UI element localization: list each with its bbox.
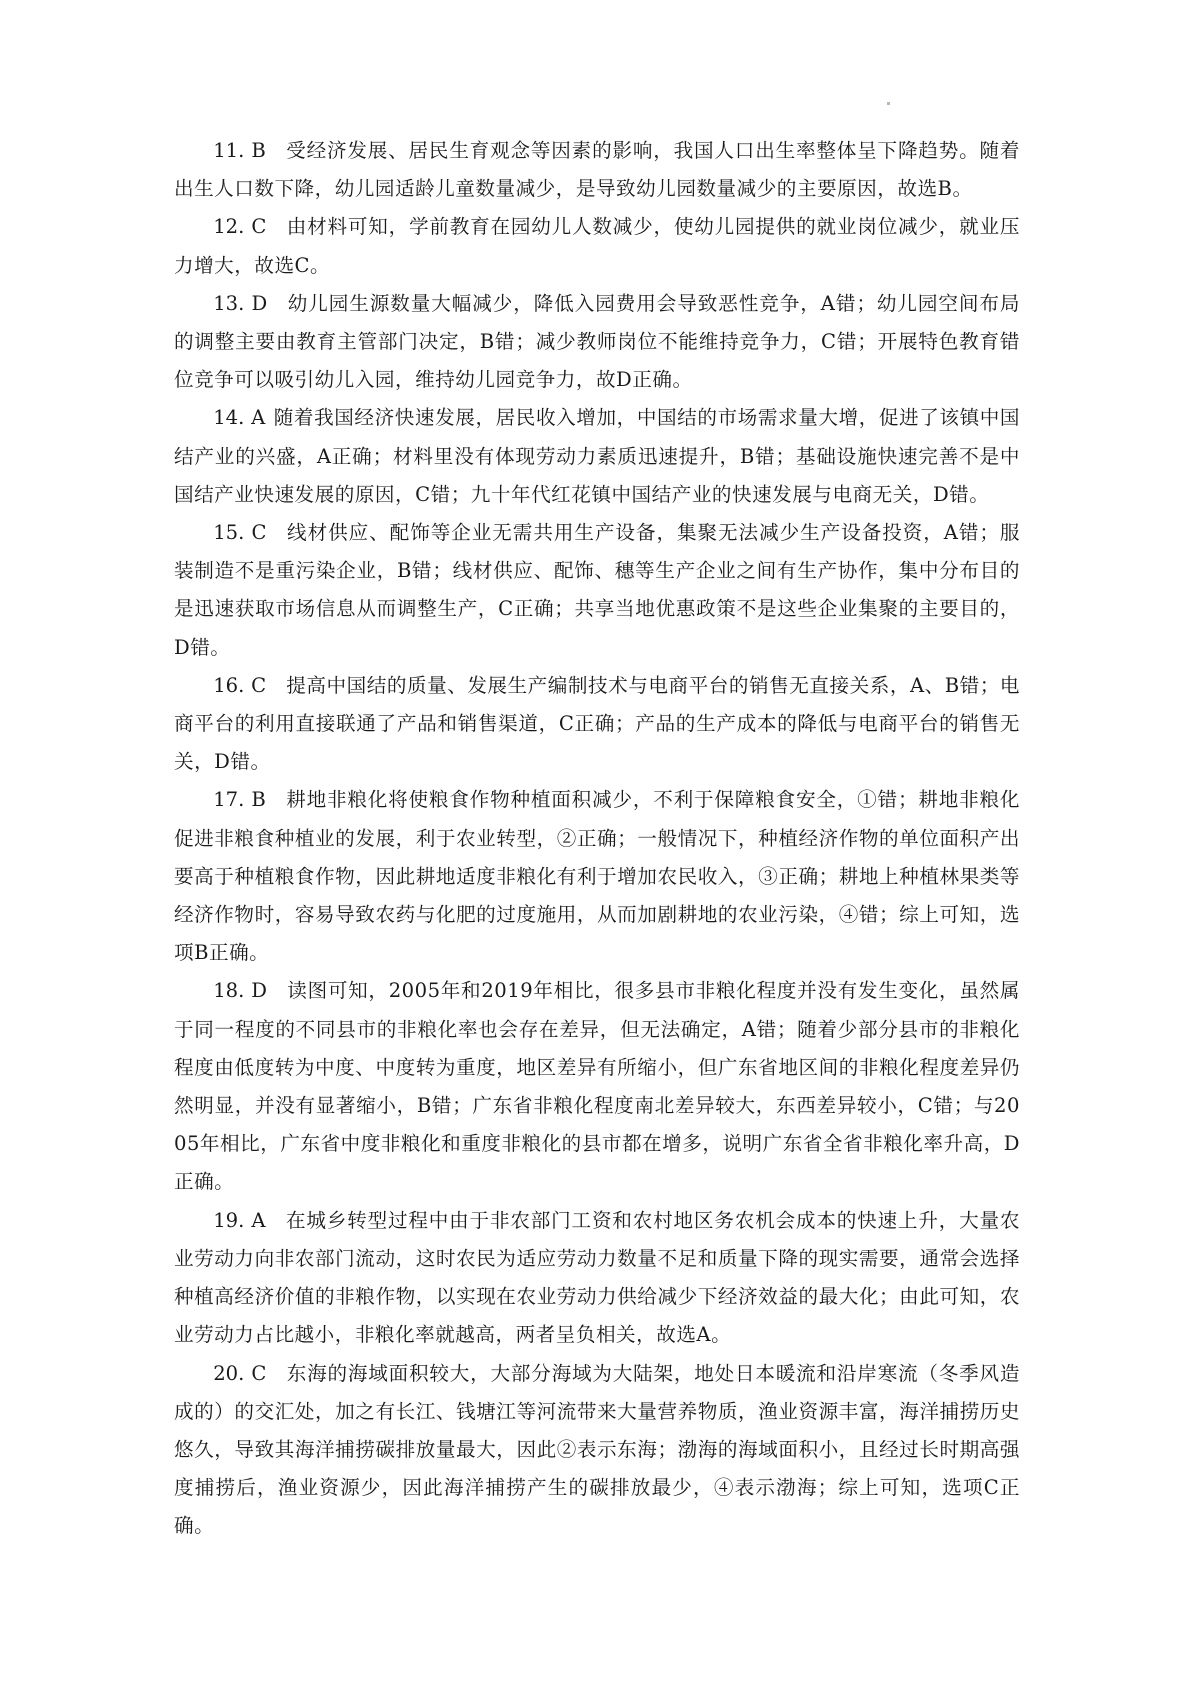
answer-item-16: 16. C提高中国结的质量、发展生产编制技术与电商平台的销售无直接关系，A、B错… — [174, 667, 1020, 782]
question-number: 14. — [213, 406, 244, 429]
question-number: 11. — [213, 139, 244, 162]
answer-explanation: 提高中国结的质量、发展生产编制技术与电商平台的销售无直接关系，A、B错；电商平台… — [174, 674, 1020, 773]
answer-item-12: 12. C由材料可知，学前教育在园幼儿人数减少，使幼儿园提供的就业岗位减少，就业… — [174, 208, 1020, 284]
scan-speck — [887, 102, 890, 105]
question-number: 20. — [213, 1362, 244, 1385]
answer-explanation: 东海的海域面积较大，大部分海域为大陆架，地处日本暖流和沿岸寒流（冬季风造成的）的… — [174, 1362, 1020, 1538]
question-number: 12. — [213, 215, 244, 238]
answer-explanation: 幼儿园生源数量大幅减少，降低入园费用会导致恶性竞争，A错；幼儿园空间布局的调整主… — [174, 292, 1020, 391]
answer-item-18: 18. D读图可知，2005年和2019年相比，很多县市非粮化程度并没有发生变化… — [174, 972, 1020, 1201]
answer-choice: A — [251, 1209, 266, 1232]
answer-page: 11. B受经济发展、居民生育观念等因素的影响，我国人口出生率整体呈下降趋势。随… — [174, 132, 1020, 1546]
answer-choice: C — [251, 1362, 267, 1385]
question-number: 16. — [213, 674, 244, 697]
answer-explanation: 耕地非粮化将使粮食作物种植面积减少，不利于保障粮食安全，①错；耕地非粮化促进非粮… — [174, 788, 1020, 964]
answer-explanation: 在城乡转型过程中由于非农部门工资和农村地区务农机会成本的快速上升，大量农业劳动力… — [174, 1209, 1020, 1347]
answer-choice: C — [251, 215, 267, 238]
answer-item-15: 15. C线材供应、配饰等企业无需共用生产设备，集聚无法减少生产设备投资，A错；… — [174, 514, 1020, 667]
question-number: 15. — [213, 521, 244, 544]
answer-choice: D — [252, 292, 268, 315]
answer-choice: A — [251, 406, 266, 429]
answer-explanation: 读图可知，2005年和2019年相比，很多县市非粮化程度并没有发生变化，虽然属于… — [174, 979, 1020, 1193]
answer-choice: B — [251, 788, 266, 811]
answer-explanation: 随着我国经济快速发展，居民收入增加，中国结的市场需求量大增，促进了该镇中国结产业… — [174, 406, 1020, 505]
answer-choice: C — [252, 521, 268, 544]
answer-item-13: 13. D幼儿园生源数量大幅减少，降低入园费用会导致恶性竞争，A错；幼儿园空间布… — [174, 285, 1020, 400]
question-number: 18. — [213, 979, 244, 1002]
answer-choice: C — [251, 674, 267, 697]
answer-explanation: 受经济发展、居民生育观念等因素的影响，我国人口出生率整体呈下降趋势。随着出生人口… — [174, 139, 1020, 200]
answer-explanation: 线材供应、配饰等企业无需共用生产设备，集聚无法减少生产设备投资，A错；服装制造不… — [174, 521, 1020, 659]
answer-explanation: 由材料可知，学前教育在园幼儿人数减少，使幼儿园提供的就业岗位减少，就业压力增大，… — [174, 215, 1020, 276]
answer-item-17: 17. B耕地非粮化将使粮食作物种植面积减少，不利于保障粮食安全，①错；耕地非粮… — [174, 781, 1020, 972]
answer-item-14: 14. A随着我国经济快速发展，居民收入增加，中国结的市场需求量大增，促进了该镇… — [174, 399, 1020, 514]
answer-choice: B — [251, 139, 266, 162]
answer-item-11: 11. B受经济发展、居民生育观念等因素的影响，我国人口出生率整体呈下降趋势。随… — [174, 132, 1020, 208]
answer-item-19: 19. A在城乡转型过程中由于非农部门工资和农村地区务农机会成本的快速上升，大量… — [174, 1202, 1020, 1355]
question-number: 17. — [213, 788, 244, 811]
answer-choice: D — [251, 979, 267, 1002]
question-number: 19. — [213, 1209, 244, 1232]
answer-item-20: 20. C东海的海域面积较大，大部分海域为大陆架，地处日本暖流和沿岸寒流（冬季风… — [174, 1355, 1020, 1546]
question-number: 13. — [213, 292, 244, 315]
